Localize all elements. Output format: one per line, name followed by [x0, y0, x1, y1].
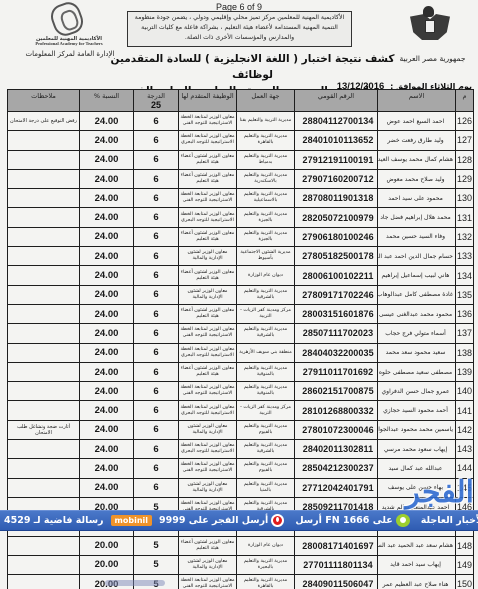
cell-row-number: 149: [456, 555, 474, 574]
cell-workplace: مديرية التربية والتعليم بقنا: [237, 112, 295, 131]
table-row: 129وليد صلاح محمد معوض27907160200712مدير…: [8, 169, 474, 188]
cell-notes: [8, 478, 80, 497]
cell-score: 6: [134, 382, 179, 401]
cell-national-id: 28507111702023: [295, 324, 378, 343]
cell-notes: رفض التوقيع على درجة الامتحان: [8, 112, 80, 131]
cell-row-number: 129: [456, 169, 474, 188]
cell-percentage: 24.00: [80, 150, 134, 169]
cell-applicant-name: حسام جمال الدين احمد عبد المطلب: [378, 247, 456, 266]
table-row: 145بهاء حسن على يوسف27712042401791مديرية…: [8, 478, 474, 497]
cell-position: معاون الوزير لمتابعة الخطة الاستراتيجية …: [179, 575, 237, 589]
cell-notes: [8, 343, 80, 362]
cell-applicant-name: وفاء السيد حسين محمد: [378, 227, 456, 246]
cell-percentage: 24.00: [80, 112, 134, 131]
cell-percentage: 24.00: [80, 420, 134, 439]
banner-etisalat-text: أرسل FN على 1666: [295, 515, 392, 526]
cell-score: 6: [134, 189, 179, 208]
cell-notes: [8, 382, 80, 401]
cell-applicant-name: سعيد محمود سعد محمد: [378, 343, 456, 362]
table-row: 139مصطفى سعيد مصطفى حلوه27911011701692مد…: [8, 362, 474, 381]
cell-row-number: 128: [456, 150, 474, 169]
cell-workplace: مديرية التربية والتعليم بالاسماعيلية: [237, 189, 295, 208]
cell-position: معاون الوزير لشئون أعضاء هيئة التعليم: [179, 150, 237, 169]
cell-percentage: 24.00: [80, 169, 134, 188]
cell-workplace: مديرية التربية والتعليم بالشرقية: [237, 285, 295, 304]
cell-national-id: 28101268800332: [295, 401, 378, 420]
egypt-eagle-emblem-icon: [408, 6, 452, 46]
table-row: 138سعيد محمود سعد محمد28404032200035منطق…: [8, 343, 474, 362]
cell-national-id: 28409011506047: [295, 575, 378, 589]
cell-score: 6: [134, 266, 179, 285]
cell-notes: [8, 304, 80, 323]
table-row: 132وفاء السيد حسين محمد27906180100246مدي…: [8, 227, 474, 246]
cell-percentage: 24.00: [80, 131, 134, 150]
cell-row-number: 150: [456, 575, 474, 589]
cell-workplace: مديرية التربية والتعليم بالفيوم: [237, 420, 295, 439]
cell-position: معاون الوزير لمتابعة الخطة الاستراتيجية …: [179, 189, 237, 208]
table-row: 137أسماء متولي فرج حجاب28507111702023مدي…: [8, 324, 474, 343]
score-max: 25: [135, 100, 177, 110]
table-row: 148هشام سعد عبد الحميد عبد السلام2800817…: [8, 536, 474, 555]
cell-position: معاون الوزير لشئون أعضاء هيئة التعليم: [179, 304, 237, 323]
banner-segment-2: أرسل FN على 1666: [291, 511, 416, 530]
table-row: 144عبدالله عبد كمال سيد28504212300237مدي…: [8, 459, 474, 478]
cell-applicant-name: إيهاب سعود محمد مرسي: [378, 440, 456, 459]
cell-position: معاون الوزير لمتابعة الخطة الاستراتيجية …: [179, 343, 237, 362]
cell-notes: [8, 150, 80, 169]
cell-row-number: 138: [456, 343, 474, 362]
cell-applicant-name: أحمد محمود السيد حجازي: [378, 401, 456, 420]
cell-percentage: 24.00: [80, 362, 134, 381]
cell-national-id: 28008171401697: [295, 536, 378, 555]
cell-workplace: مديرية التربية والتعليم بالمنيا: [237, 478, 295, 497]
cell-notes: [8, 247, 80, 266]
cell-notes: [8, 536, 80, 555]
table-row: 130محمود على سيد احمد28708011901318مديري…: [8, 189, 474, 208]
country-name: جمهورية مصر العربية: [395, 54, 470, 63]
score-label: الدرجة: [147, 92, 165, 100]
cell-applicant-name: مصطفى سعيد مصطفى حلوه: [378, 362, 456, 381]
cell-score: 6: [134, 304, 179, 323]
table-row: 136محمود محمد عبدالغنى عيسى2800315160187…: [8, 304, 474, 323]
cell-row-number: 136: [456, 304, 474, 323]
cell-notes: [8, 362, 80, 381]
news-ticker-banner: رسالة فاضية لـ 4529 mobinil أرسل الفجر ع…: [0, 510, 478, 531]
banner-segment-3: أرسل الفجر على 9999: [155, 511, 291, 530]
cell-national-id: 27805182500178: [295, 247, 378, 266]
cell-percentage: 24.00: [80, 440, 134, 459]
table-row: 134هاني لبيب إسماعيل إبراهيم280061001022…: [8, 266, 474, 285]
table-row: 142ياسمين محمد محمود عبدالجواد2780107230…: [8, 420, 474, 439]
cell-percentage: 24.00: [80, 324, 134, 343]
cell-applicant-name: محمود محمد عبدالغنى عيسى: [378, 304, 456, 323]
department-name: الإدارة العامة لمركز المعلومات: [20, 50, 120, 58]
banner-breaking-news-text: للأخبار العاجلة: [421, 515, 478, 526]
col-header-position: الوظيفة المتقدم لها: [179, 90, 237, 112]
cell-workplace: مديرية التربية والتعليم بالبحيرة: [237, 555, 295, 574]
cell-position: معاون الوزير لمتابعة الخطة الاستراتيجية …: [179, 401, 237, 420]
cell-workplace: مديرية التربية والتعليم بالشرقية: [237, 324, 295, 343]
cell-national-id: 27809171702246: [295, 285, 378, 304]
cell-workplace: مديرية الشئون الاجتماعية بأسيوط: [237, 247, 295, 266]
cell-position: معاون الوزير لشئون الإدارية والمالية: [179, 555, 237, 574]
cell-row-number: 140: [456, 382, 474, 401]
cell-workplace: مديرية التربية والتعليم بدمياط: [237, 150, 295, 169]
ink-stamp-mark: [105, 580, 165, 586]
cell-percentage: 20.00: [80, 536, 134, 555]
cell-applicant-name: هناء صلاح عبد العظيم عمر: [378, 575, 456, 589]
cell-score: 5: [134, 555, 179, 574]
title-line-1: كشف نتيجة اختبار ( اللغة الانجليزية ) لل…: [110, 51, 395, 83]
cell-position: معاون الوزير لمتابعة الخطة الاستراتيجية …: [179, 131, 237, 150]
cell-position: معاون الوزير لشئون الإدارية والمالية: [179, 285, 237, 304]
cell-percentage: 24.00: [80, 382, 134, 401]
cell-percentage: 24.00: [80, 227, 134, 246]
cell-national-id: 28504212300237: [295, 459, 378, 478]
cell-row-number: 143: [456, 440, 474, 459]
cell-applicant-name: أسماء متولي فرج حجاب: [378, 324, 456, 343]
cell-score: 6: [134, 459, 179, 478]
cell-score: 6: [134, 169, 179, 188]
cell-applicant-name: إيهاب سيد احمد قايد: [378, 555, 456, 574]
cell-national-id: 27701111801134: [295, 555, 378, 574]
cell-national-id: 28003151601876: [295, 304, 378, 323]
cell-workplace: مديرية التربية والتعليم بالجيزة: [237, 227, 295, 246]
cell-workplace: مديرية التربية والتعليم بالقاهرة: [237, 131, 295, 150]
cell-applicant-name: محمود على سيد احمد: [378, 189, 456, 208]
cell-position: معاون الوزير لشئون الإدارية والمالية: [179, 478, 237, 497]
cell-national-id: 28205072100979: [295, 208, 378, 227]
cell-workplace: مديرية التربية والتعليم بالاسكندرية: [237, 169, 295, 188]
cell-row-number: 130: [456, 189, 474, 208]
etisalat-logo-icon: [396, 514, 410, 527]
table-header-row: م الاسم الرقم القومي جهة العمل الوظيفة ا…: [8, 90, 474, 112]
cell-national-id: 28602151700875: [295, 382, 378, 401]
cell-score: 6: [134, 112, 179, 131]
cell-position: معاون الوزير لمتابعة الخطة الاستراتيجية …: [179, 208, 237, 227]
cell-position: معاون الوزير لمتابعة الخطة الاستراتيجية …: [179, 459, 237, 478]
cell-notes: [8, 169, 80, 188]
cell-score: 6: [134, 362, 179, 381]
cell-national-id: 27912191100191: [295, 150, 378, 169]
cell-notes: [8, 575, 80, 589]
cell-percentage: 20.00: [80, 555, 134, 574]
cell-notes: [8, 131, 80, 150]
table-row: 128هشام كمال محمد يوسف العيد279121911001…: [8, 150, 474, 169]
cell-row-number: 126: [456, 112, 474, 131]
cell-workplace: ديوان عام الوزارة: [237, 266, 295, 285]
cell-percentage: 24.00: [80, 401, 134, 420]
cell-notes: [8, 189, 80, 208]
cell-national-id: 28401010113652: [295, 131, 378, 150]
cell-workplace: مركز ومدينة كفر الزيات - التربية: [237, 401, 295, 420]
cell-applicant-name: هاني لبيب إسماعيل إبراهيم: [378, 266, 456, 285]
banner-segment-4: رسالة فاضية لـ 4529: [0, 511, 108, 530]
cell-position: معاون الوزير لمتابعة الخطة الاستراتيجية …: [179, 324, 237, 343]
cell-row-number: 137: [456, 324, 474, 343]
cell-workplace: مديرية التربية والتعليم بالفيوم: [237, 459, 295, 478]
cell-percentage: 24.00: [80, 343, 134, 362]
col-header-score: الدرجة25: [134, 90, 179, 112]
cell-notes: [8, 459, 80, 478]
cell-national-id: 28804112700134: [295, 112, 378, 131]
cell-row-number: 132: [456, 227, 474, 246]
academy-intro-box: الأكاديمية المهنية للمعلمين مركز تميز مح…: [127, 11, 352, 47]
cell-row-number: 133: [456, 247, 474, 266]
cell-score: 6: [134, 150, 179, 169]
cell-score: 6: [134, 247, 179, 266]
cell-national-id: 28708011901318: [295, 189, 378, 208]
cell-score: 6: [134, 343, 179, 362]
cell-percentage: 24.00: [80, 208, 134, 227]
cell-workplace: مديرية التربية والتعليم بالمنوفية: [237, 382, 295, 401]
cell-row-number: 148: [456, 536, 474, 555]
cell-score: 5: [134, 536, 179, 555]
cell-notes: [8, 208, 80, 227]
cell-score: 6: [134, 440, 179, 459]
cell-applicant-name: وليد طارق رفعت خضر: [378, 131, 456, 150]
cell-row-number: 142: [456, 420, 474, 439]
cell-national-id: 28006100102211: [295, 266, 378, 285]
cell-notes: [8, 324, 80, 343]
cell-applicant-name: هشام سعد عبد الحميد عبد السلام: [378, 536, 456, 555]
cell-score: 6: [134, 285, 179, 304]
cell-applicant-name: محمد هلال إبراهيم فضل جاد: [378, 208, 456, 227]
cell-national-id: 28402011302811: [295, 440, 378, 459]
cell-row-number: 139: [456, 362, 474, 381]
cell-workplace: مديرية التربية والتعليم بالمنوفية: [237, 362, 295, 381]
cell-percentage: 24.00: [80, 285, 134, 304]
banner-segment-1: للأخبار العاجلة: [417, 511, 478, 530]
cell-notes: [8, 401, 80, 420]
col-header-national-id: الرقم القومي: [295, 90, 378, 112]
col-header-notes: ملاحظات: [8, 90, 80, 112]
cell-score: 6: [134, 227, 179, 246]
table-row: 133حسام جمال الدين احمد عبد المطلب278051…: [8, 247, 474, 266]
cell-percentage: 24.00: [80, 459, 134, 478]
cell-percentage: 24.00: [80, 247, 134, 266]
cell-position: معاون الوزير لمتابعة الخطة الاستراتيجية …: [179, 440, 237, 459]
col-header-name: الاسم: [378, 90, 456, 112]
table-row: 131محمد هلال إبراهيم فضل جاد282050721009…: [8, 208, 474, 227]
vodafone-logo-icon: [271, 514, 284, 527]
table-row: 140عمرو جمال حسن الدفراوي28602151700875م…: [8, 382, 474, 401]
cell-notes: [8, 266, 80, 285]
col-header-percentage: النسبة %: [80, 90, 134, 112]
cell-position: معاون الوزير لشئون أعضاء هيئة التعليم: [179, 266, 237, 285]
cell-position: معاون الوزير لمتابعة الخطة الاستراتيجية …: [179, 382, 237, 401]
cell-row-number: 127: [456, 131, 474, 150]
col-header-workplace: جهة العمل: [237, 90, 295, 112]
banner-empty-msg-text: رسالة فاضية لـ 4529: [4, 515, 104, 526]
cell-national-id: 27911011701692: [295, 362, 378, 381]
cell-applicant-name: احمد السيع احمد عوض: [378, 112, 456, 131]
cell-percentage: 24.00: [80, 266, 134, 285]
cell-applicant-name: غادة مصطفى كامل عبدالوهاب: [378, 285, 456, 304]
cell-workplace: مركز ومدينة كفر الزيات - التربية: [237, 304, 295, 323]
cell-position: معاون الوزير لشئون الإدارية والمالية: [179, 247, 237, 266]
cell-workplace: مديرية التربية والتعليم بالقاهرة: [237, 575, 295, 589]
table-row: 126احمد السيع احمد عوض28804112700134مدير…: [8, 112, 474, 131]
cell-position: معاون الوزير لمتابعة الخطة الاستراتيجية …: [179, 112, 237, 131]
table-row: 135غادة مصطفى كامل عبدالوهاب278091717022…: [8, 285, 474, 304]
academy-name-en: Professional Academy for Teachers: [30, 41, 108, 46]
table-row: 150هناء صلاح عبد العظيم عمر2840901150604…: [8, 575, 474, 589]
cell-national-id: 27906180100246: [295, 227, 378, 246]
cell-percentage: 24.00: [80, 189, 134, 208]
cell-workplace: مديرية التربية والتعليم بالشرقية: [237, 440, 295, 459]
cell-position: معاون الوزير لشئون أعضاء هيئة التعليم: [179, 227, 237, 246]
cell-national-id: 27907160200712: [295, 169, 378, 188]
cell-national-id: 27712042401791: [295, 478, 378, 497]
cell-workplace: مديرية التربية والتعليم بالجيزة: [237, 208, 295, 227]
cell-percentage: 24.00: [80, 478, 134, 497]
cell-applicant-name: هشام كمال محمد يوسف العيد: [378, 150, 456, 169]
cell-score: 6: [134, 420, 179, 439]
cell-notes: أثارت ضجة وتشاغل طلب الامتحان: [8, 420, 80, 439]
cell-position: معاون الوزير لشئون أعضاء هيئة التعليم: [179, 362, 237, 381]
cell-row-number: 141: [456, 401, 474, 420]
document-page: Page 6 of 9 جمهورية مصر العربية الأكاديم…: [0, 0, 478, 589]
cell-score: 6: [134, 401, 179, 420]
cell-notes: [8, 440, 80, 459]
table-row: 149إيهاب سيد احمد قايد27701111801134مدير…: [8, 555, 474, 574]
cell-percentage: 24.00: [80, 304, 134, 323]
cell-position: معاون الوزير لشئون أعضاء هيئة التعليم: [179, 169, 237, 188]
table-row: 127وليد طارق رفعت خضر28401010113652مديري…: [8, 131, 474, 150]
cell-row-number: 135: [456, 285, 474, 304]
cell-position: معاون الوزير لشئون الإدارية والمالية: [179, 420, 237, 439]
cell-notes: [8, 285, 80, 304]
cell-score: 6: [134, 478, 179, 497]
cell-applicant-name: عمرو جمال حسن الدفراوي: [378, 382, 456, 401]
cell-score: 6: [134, 324, 179, 343]
cell-national-id: 28404032200035: [295, 343, 378, 362]
cell-national-id: 27801072300046: [295, 420, 378, 439]
cell-applicant-name: وليد صلاح محمد معوض: [378, 169, 456, 188]
cell-row-number: 131: [456, 208, 474, 227]
cell-workplace: منطقة بني سويف الأزهرية: [237, 343, 295, 362]
col-header-num: م: [456, 90, 474, 112]
cell-workplace: ديوان عام الوزارة: [237, 536, 295, 555]
cell-row-number: 134: [456, 266, 474, 285]
table-row: 141أحمد محمود السيد حجازي28101268800332م…: [8, 401, 474, 420]
table-row: 143إيهاب سعود محمد مرسي28402011302811مدي…: [8, 440, 474, 459]
cell-notes: [8, 227, 80, 246]
cell-notes: [8, 555, 80, 574]
cell-position: معاون الوزير لشئون أعضاء هيئة التعليم: [179, 536, 237, 555]
cell-score: 6: [134, 131, 179, 150]
banner-vodafone-text: أرسل الفجر على 9999: [159, 515, 268, 526]
cell-score: 6: [134, 208, 179, 227]
mobinil-logo-icon: mobinil: [111, 515, 152, 526]
cell-applicant-name: ياسمين محمد محمود عبدالجواد: [378, 420, 456, 439]
